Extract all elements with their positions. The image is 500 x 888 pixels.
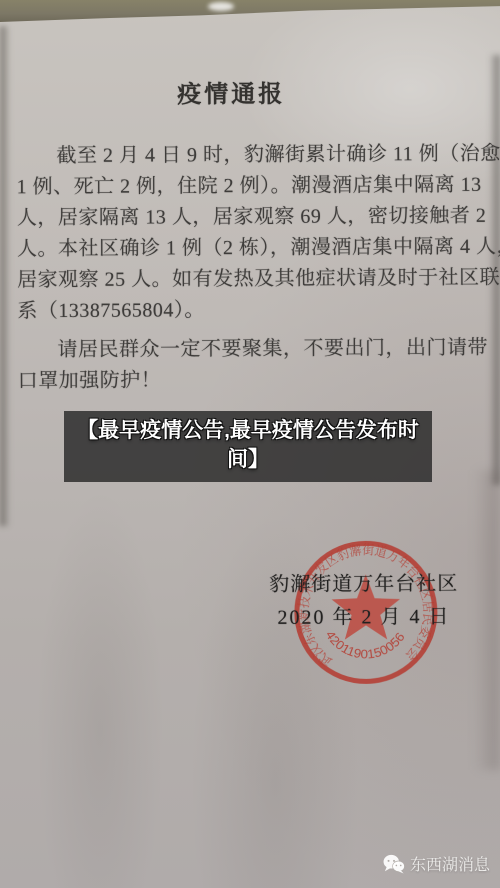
svg-text:4201190150056: 4201190150056 (323, 628, 408, 662)
wechat-icon (383, 854, 405, 874)
overlay-caption: 【最早疫情公告,最早疫情公告发布时间】 (64, 411, 432, 482)
body-line: 人。本社区确诊 1 例（2 栋），潮漫酒店集中隔离 4 人， (17, 232, 485, 265)
body-line: 口罩加强防护！ (18, 364, 486, 397)
publisher-watermark: 东西湖消息 (383, 852, 490, 875)
body-line: 1 例、死亡 2 例，住院 2 例）。潮漫酒店集中隔离 13 (17, 170, 485, 203)
seal-date-line: 2020 年 2 月 4 日 (164, 599, 500, 630)
body-line: 系（13387565804）。 (17, 294, 485, 327)
seal-code-number: 4201190150056 (323, 628, 408, 662)
body-line: 截至 2 月 4 日 9 时，豹澥街累计确诊 11 例（治愈 (16, 139, 484, 172)
seal-org-text-line: 豹澥街道万年台社区 (164, 566, 500, 597)
body-line: 人，居家隔离 13 人，居家观察 69 人，密切接触者 2 (17, 201, 485, 234)
body-line: 请居民群众一定不要聚集，不要出门，出门请带 (17, 333, 485, 366)
notice-body: 截至 2 月 4 日 9 时，豹澥街累计确诊 11 例（治愈 1 例、死亡 2 … (16, 139, 485, 397)
photo-of-epidemic-notice: 疫情通报 截至 2 月 4 日 9 时，豹澥街累计确诊 11 例（治愈 1 例、… (0, 0, 500, 888)
body-line: 居家观察 25 人。如有发热及其他症状请及时于社区联 (17, 263, 485, 296)
watermark-label: 东西湖消息 (410, 852, 490, 875)
notice-title: 疫情通报 (0, 73, 464, 110)
